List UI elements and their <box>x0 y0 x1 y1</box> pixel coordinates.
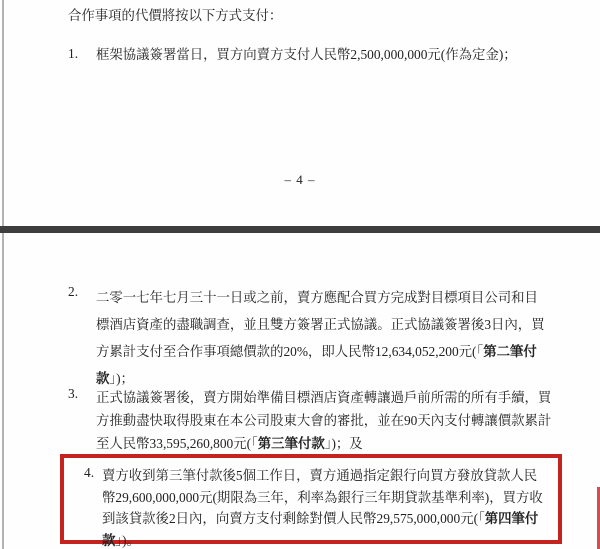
item-number: 2. <box>68 284 78 300</box>
item-number: 4. <box>84 465 94 481</box>
item-text: 正式協議簽署後，賣方開始準備目標酒店資產轉讓過戶前所需的所有手續，買方推動盡快取… <box>96 386 556 455</box>
item-text: 賣方收到第三筆付款後5個工作日，賣方通過指定銀行向買方發放貸款人民幣29,600… <box>102 465 562 549</box>
item-number: 3. <box>68 386 78 402</box>
page-divider-bar <box>0 226 600 233</box>
item-text: 框架協議簽署當日，買方向賣方支付人民幣2,500,000,000元(作為定金)； <box>96 46 556 64</box>
left-edge-line <box>2 0 4 549</box>
item-number: 1. <box>68 46 78 62</box>
highlight-box: 4. 賣方收到第三筆付款後5個工作日，賣方通過指定銀行向買方發放貸款人民幣29,… <box>60 454 562 544</box>
page-number: – 4 – <box>0 172 600 188</box>
intro-line: 合作事項的代價將按以下方式支付： <box>68 7 282 25</box>
document-page: 合作事項的代價將按以下方式支付： 1. 框架協議簽署當日，買方向賣方支付人民幣2… <box>0 0 600 549</box>
item-text: 二零一七年七月三十一日或之前，賣方應配合買方完成對目標項目公司和目標酒店資產的盡… <box>96 284 556 392</box>
